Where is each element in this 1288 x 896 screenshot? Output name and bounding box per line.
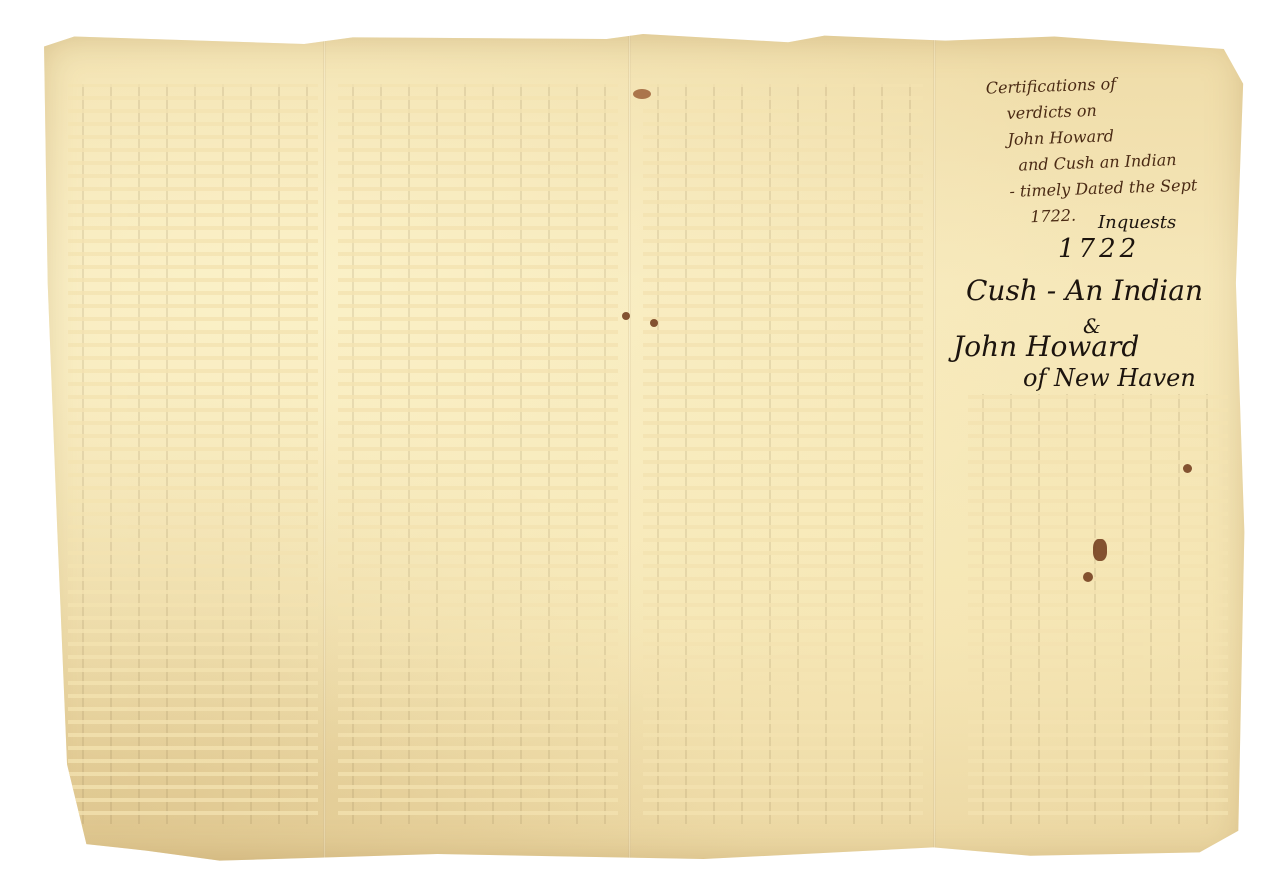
ink-stain <box>1093 539 1107 561</box>
ink-stain <box>622 312 630 320</box>
docket-line-cush: Cush - An Indian <box>966 274 1203 307</box>
faded-handwriting-panel-4 <box>968 394 1228 824</box>
docket-line-place: of New Haven <box>1023 364 1196 392</box>
fold-line <box>628 34 631 864</box>
faded-handwriting-panel-3 <box>643 84 923 824</box>
docket-heading: Inquests <box>1098 212 1176 233</box>
ink-stain <box>1183 464 1192 473</box>
fold-line <box>933 34 936 864</box>
ink-stain <box>633 89 651 99</box>
ink-stain <box>650 319 658 327</box>
manuscript-sheet: Certifications of verdicts on John Howar… <box>38 34 1248 864</box>
ink-stain <box>1083 572 1093 582</box>
faded-handwriting-panel-2 <box>338 84 618 824</box>
docket-year: 1722 <box>1058 234 1140 264</box>
docket-line-howard: John Howard <box>953 330 1139 363</box>
fold-line <box>323 34 326 864</box>
contemporary-docket: Certifications of verdicts on John Howar… <box>985 68 1198 231</box>
faded-handwriting-panel-1 <box>68 84 318 824</box>
